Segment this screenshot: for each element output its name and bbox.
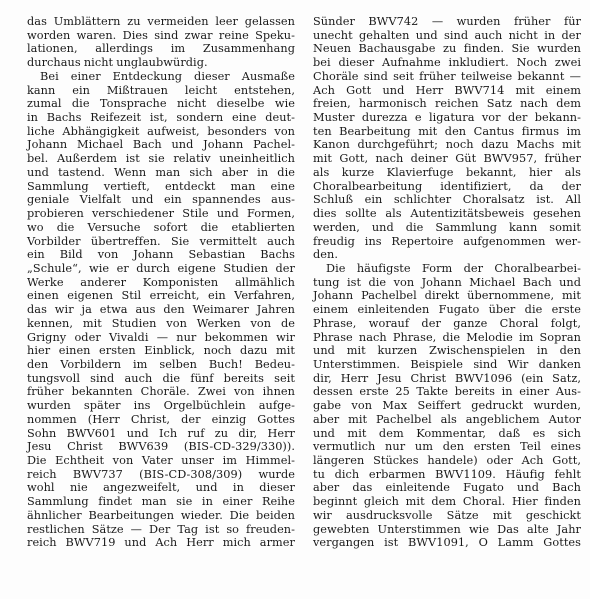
text-line: Jesu Christ BWV639 (BIS-CD-329/330)).: [27, 440, 295, 454]
text-line: den.: [313, 248, 581, 262]
text-line: ten Bearbeitung mit den Cantus firmus im: [313, 125, 581, 139]
text-line: tu dich erbarmen BWV1109. Häufig fehlt: [313, 468, 581, 482]
text-line: aber das einleitende Fugato und Bach: [313, 481, 581, 495]
text-line: freudig ins Repertoire aufgenommen wer-: [313, 235, 581, 249]
text-line: Neuen Bachausgabe zu finden. Sie wurden: [313, 42, 581, 56]
text-line: freien, harmonisch reichen Satz nach dem: [313, 97, 581, 111]
text-line: wohl nie angezweifelt, und in dieser: [27, 481, 295, 495]
text-line: Muster durezza e ligatura vor der bekann…: [313, 111, 581, 125]
text-line: geniale Vielfalt und ein spannendes aus-: [27, 193, 295, 207]
text-line: Kanon durchgeführt; noch dazu Machs mit: [313, 138, 581, 152]
scanned-page: das Umblättern zu vermeiden leer gelasse…: [0, 0, 590, 599]
text-line: Sohn BWV601 und Ich ruf zu dir, Herr: [27, 427, 295, 441]
text-line: früher bekannten Choräle. Zwei von ihnen: [27, 385, 295, 399]
text-line: Unterstimmen. Beispiele sind Wir danken: [313, 358, 581, 372]
text-line: Grigny oder Vivaldi — nur bekommen wir: [27, 331, 295, 345]
text-line: Phrase, worauf der ganze Choral folgt,: [313, 317, 581, 331]
text-line: Die Echtheit von Vater unser im Himmel-: [27, 454, 295, 468]
text-line: längeren Stückes handele) oder Ach Gott,: [313, 454, 581, 468]
text-line: bel. Außerdem ist sie relativ uneinheitl…: [27, 152, 295, 166]
text-line: dir, Herr Jesu Christ BWV1096 (ein Satz,: [313, 372, 581, 386]
text-line: Choralbearbeitung identifiziert, da der: [313, 180, 581, 194]
text-column-right: Sünder BWV742 — wurden früher fürunecht …: [313, 15, 581, 550]
text-line: und mit dem Kommentar, daß es sich: [313, 427, 581, 441]
text-line: tung ist die von Johann Michael Bach und: [313, 276, 581, 290]
text-line: vergangen ist BWV1091, O Lamm Gottes: [313, 536, 581, 550]
text-line: ähnlicher Bearbeitungen wieder. Die beid…: [27, 509, 295, 523]
text-line: „Schule“, wie er durch eigene Studien de…: [27, 262, 295, 276]
text-line: einem einleitenden Fugato über die erste: [313, 303, 581, 317]
text-line: Ach Gott und Herr BWV714 mit einem: [313, 84, 581, 98]
text-line: restlichen Sätze — Der Tag ist so freude…: [27, 523, 295, 537]
text-line: unecht gehalten und sind auch nicht in d…: [313, 29, 581, 43]
text-line: kennen, mit Studien von Werken von de: [27, 317, 295, 331]
text-line: einen eigenen Stil erreicht, ein Verfahr…: [27, 289, 295, 303]
text-line: dies sollte als Autentizitätsbeweis gese…: [313, 207, 581, 221]
text-line: Johann Pachelbel direkt übernommene, mit: [313, 289, 581, 303]
text-line: ein Bild von Johann Sebastian Bachs: [27, 248, 295, 262]
text-line: lationen, allerdings im Zusammenhang: [27, 42, 295, 56]
text-line: und mit kurzen Zwischenspielen in den: [313, 344, 581, 358]
text-line: Johann Michael Bach und Johann Pachel-: [27, 138, 295, 152]
text-line: worden waren. Dies sind zwar reine Speku…: [27, 29, 295, 43]
text-line: Werke anderer Komponisten allmählich: [27, 276, 295, 290]
text-line: dessen erste 25 Takte bereits in einer A…: [313, 385, 581, 399]
text-line: zumal die Tonsprache nicht dieselbe wie: [27, 97, 295, 111]
text-line: tungsvoll sind auch die fünf bereits sei…: [27, 372, 295, 386]
text-line: wo die Versuche sofort die etablierten: [27, 221, 295, 235]
text-line: kann ein Mißtrauen leicht entstehen,: [27, 84, 295, 98]
text-line: gewebten Unterstimmen wie Das alte Jahr: [313, 523, 581, 537]
text-line: Vorbilder übertreffen. Sie vermittelt au…: [27, 235, 295, 249]
text-line: liche Abhängigkeit aufweist, besonders v…: [27, 125, 295, 139]
text-line: werden, und die Sammlung kann somit: [313, 221, 581, 235]
text-line: Sammlung findet man sie in einer Reihe: [27, 495, 295, 509]
text-line: mit Gott, nach deiner Güt BWV957, früher: [313, 152, 581, 166]
text-line: Sünder BWV742 — wurden früher für: [313, 15, 581, 29]
text-line: als kurze Klavierfuge bekannt, hier als: [313, 166, 581, 180]
text-line: durchaus nicht unglaubwürdig.: [27, 56, 295, 70]
text-line: Bei einer Entdeckung dieser Ausmaße: [27, 70, 295, 84]
text-line: nommen (Herr Christ, der einzig Gottes: [27, 413, 295, 427]
text-line: Choräle sind seit früher teilweise bekan…: [313, 70, 581, 84]
text-line: das wir ja etwa aus den Weimarer Jahren: [27, 303, 295, 317]
text-line: den Vorbildern im selben Buch! Bedeu-: [27, 358, 295, 372]
text-line: reich BWV737 (BIS-CD-308/309) wurde: [27, 468, 295, 482]
text-line: bei dieser Aufnahme inkludiert. Noch zwe…: [313, 56, 581, 70]
text-line: Phrase nach Phrase, die Melodie im Sopra…: [313, 331, 581, 345]
text-line: Sammlung vertieft, entdeckt man eine: [27, 180, 295, 194]
text-line: wurden später ins Orgelbüchlein aufge-: [27, 399, 295, 413]
text-line: aber mit Pachelbel als angeblichem Autor: [313, 413, 581, 427]
text-line: in Bachs Reifezeit ist, sondern eine deu…: [27, 111, 295, 125]
text-line: beginnt gleich mit dem Choral. Hier find…: [313, 495, 581, 509]
text-line: Schluß ein schlichter Choralsatz ist. Al…: [313, 193, 581, 207]
text-line: Die häufigste Form der Choralbearbei-: [313, 262, 581, 276]
text-line: reich BWV719 und Ach Herr mich armer: [27, 536, 295, 550]
text-line: vermutlich nur um den ersten Teil eines: [313, 440, 581, 454]
text-line: hier einen ersten Einblick, noch dazu mi…: [27, 344, 295, 358]
text-line: probieren verschiedener Stile und Formen…: [27, 207, 295, 221]
text-line: wir ausdrucksvolle Sätze mit geschickt: [313, 509, 581, 523]
text-column-left: das Umblättern zu vermeiden leer gelasse…: [27, 15, 295, 550]
text-line: und tastend. Wenn man sich aber in die: [27, 166, 295, 180]
text-line: das Umblättern zu vermeiden leer gelasse…: [27, 15, 295, 29]
text-line: gabe von Max Seiffert gedruckt wurden,: [313, 399, 581, 413]
